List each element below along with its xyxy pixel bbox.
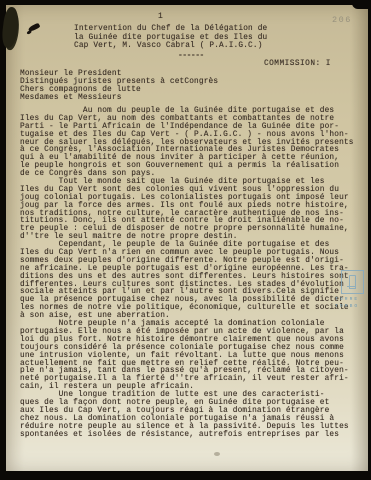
stamp-box <box>341 270 364 294</box>
stamp-text: TORRE <box>335 297 359 303</box>
scan-corner-artifact <box>352 0 371 9</box>
scan-edge-top <box>0 0 371 5</box>
commission-label: COMMISSION: I <box>264 60 331 68</box>
salutation-block: Monsieur le PresidentDistingués juristes… <box>20 71 218 103</box>
document-paper: 1 206 Intervention du Chef de la Délégat… <box>6 5 369 472</box>
scan-smudge-artifact <box>214 452 220 456</box>
tower-emblem-icon <box>349 275 356 289</box>
title-line: Intervention du Chef de la Délégation de <box>74 25 267 34</box>
document-body: Au nom du peuple de la Guinée dite portu… <box>20 108 354 439</box>
title-line: la Guinée dite portugaise et des Iles du <box>74 34 267 43</box>
separator-dashes: ------ <box>178 51 204 60</box>
scan-edge-bottom <box>0 471 371 480</box>
title-line: Cap Vert, M. Vasco Cabral ( P.A.I.G.C.) <box>74 42 267 51</box>
document-title: Intervention du Chef de la Délégation de… <box>74 25 267 51</box>
text-line: Mesdames et Messieurs <box>20 95 218 103</box>
stamp-text: TOMBO <box>335 304 359 310</box>
page-number: 1 <box>158 13 163 21</box>
scan-edge-left <box>0 0 6 480</box>
text-line: spontanées et isolées de résistance, aut… <box>20 432 354 440</box>
scanned-document-page: { "page": { "page_number": "1", "archive… <box>0 0 371 480</box>
archive-number: 206 <box>332 15 352 25</box>
